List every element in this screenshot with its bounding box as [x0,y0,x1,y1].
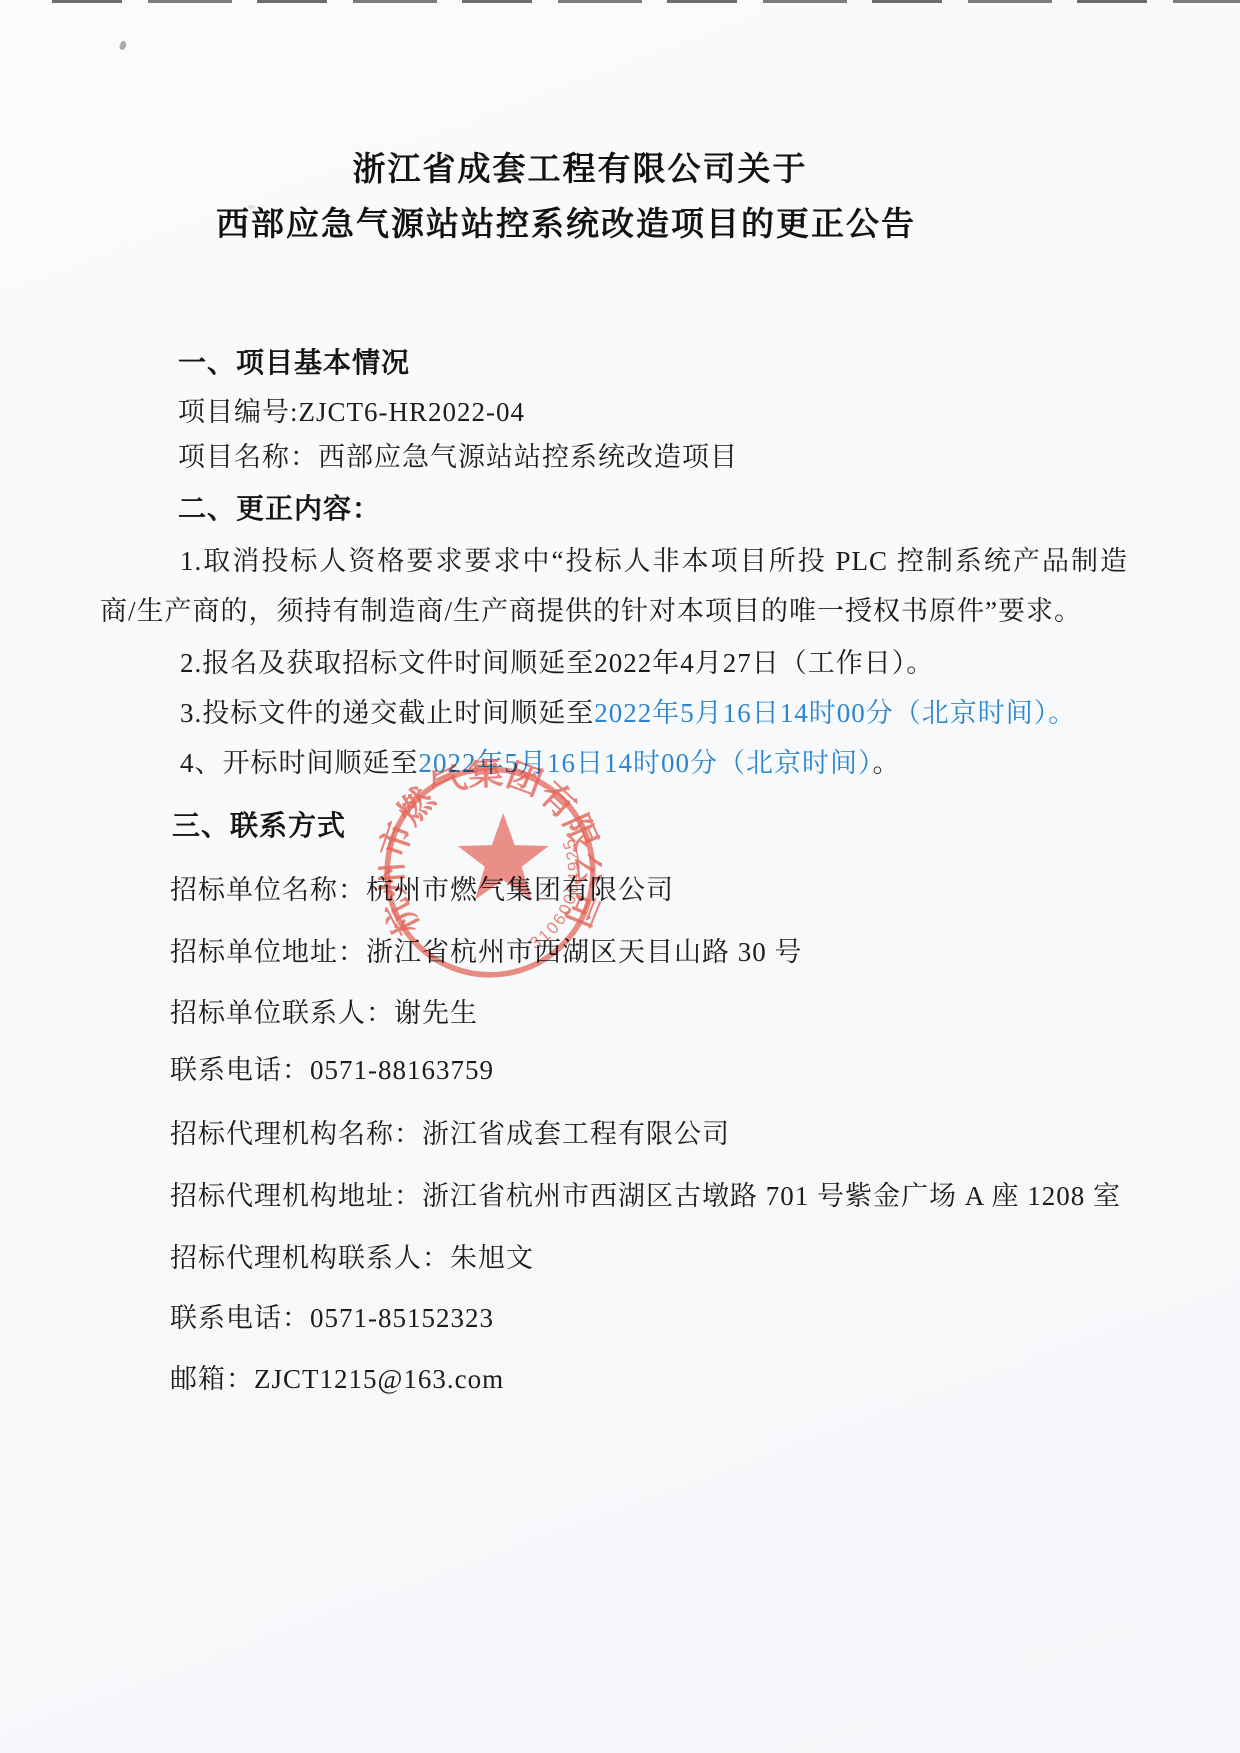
section3-heading: 三、联系方式 [172,804,346,844]
correction-item-2: 2.报名及获取招标文件时间顺延至2022年4月27日（工作日）。 [180,641,934,680]
document-title: 浙江省成套工程有限公司关于 西部应急气源站站控系统改造项目的更正公告 [0,141,1160,251]
section1-heading: 一、项目基本情况 [178,341,410,381]
correction-item-3: 3.投标文件的递交截止时间顺延至2022年5月16日14时00分（北京时间）。 [180,691,1076,730]
contact-line-agency-address: 招标代理机构地址：浙江省杭州市西湖区古墩路 701 号紫金广场 A 座 1208… [170,1174,1121,1213]
section2-heading: 二、更正内容： [178,487,381,527]
contact-line-agency-person: 招标代理机构联系人：朱旭文 [170,1236,534,1275]
project-number-line: 项目编号:ZJCT6-HR2022-04 [178,390,525,429]
contact-line-bidder-phone: 联系电话：0571-88163759 [170,1048,494,1087]
contact-line-agency-phone: 联系电话：0571-85152323 [170,1296,494,1335]
item3-deadline-highlight: 2022年5月16日14时00分（北京时间）。 [594,698,1076,728]
correction-item-1: 1.取消投标人资格要求要求中“投标人非本项目所投 PLC 控制系统产品制造商/生… [100,536,1128,636]
star-icon [458,813,549,900]
company-stamp: 杭州市燃气集团有限公司 31060064925 [378,760,602,984]
scan-edge-artifact [52,0,1240,3]
contact-line-agency-name: 招标代理机构名称：浙江省成套工程有限公司 [170,1112,730,1151]
project-name-line: 项目名称：西部应急气源站站控系统改造项目 [178,435,738,474]
title-line-1: 浙江省成套工程有限公司关于 [0,141,1160,196]
title-line-2: 西部应急气源站站控系统改造项目的更正公告 [0,196,1146,251]
contact-line-bidder-person: 招标单位联系人：谢先生 [170,991,478,1030]
scanned-document-page: 浙江省成套工程有限公司关于 西部应急气源站站控系统改造项目的更正公告 一、项目基… [0,0,1240,1753]
contact-line-email: 邮箱：ZJCT1215@163.com [170,1357,504,1396]
scan-speck [119,40,128,51]
item4-period: 。 [873,748,901,778]
item3-text: 3.投标文件的递交截止时间顺延至 [180,698,594,728]
